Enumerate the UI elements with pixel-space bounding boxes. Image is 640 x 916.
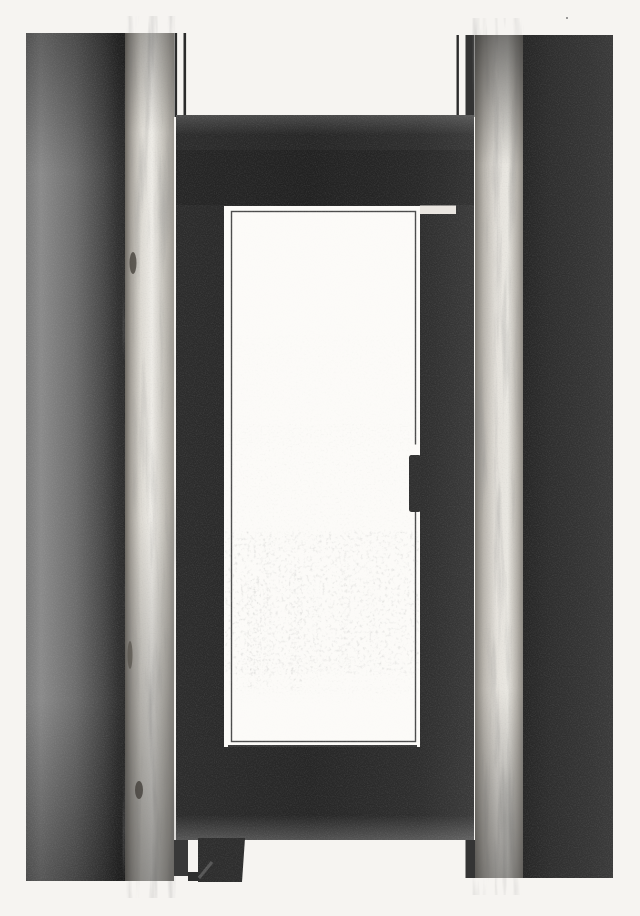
window-drawing (0, 0, 640, 916)
jamb-bar (466, 35, 475, 117)
sill-left-edge (174, 840, 188, 876)
jamb-foot (466, 840, 476, 878)
artwork-canvas (0, 0, 640, 916)
sill-slot-base (188, 872, 198, 881)
jamb-line (457, 35, 459, 117)
jamb-line (175, 33, 178, 117)
jamb-line (184, 33, 187, 117)
paper-fleck (566, 17, 568, 19)
